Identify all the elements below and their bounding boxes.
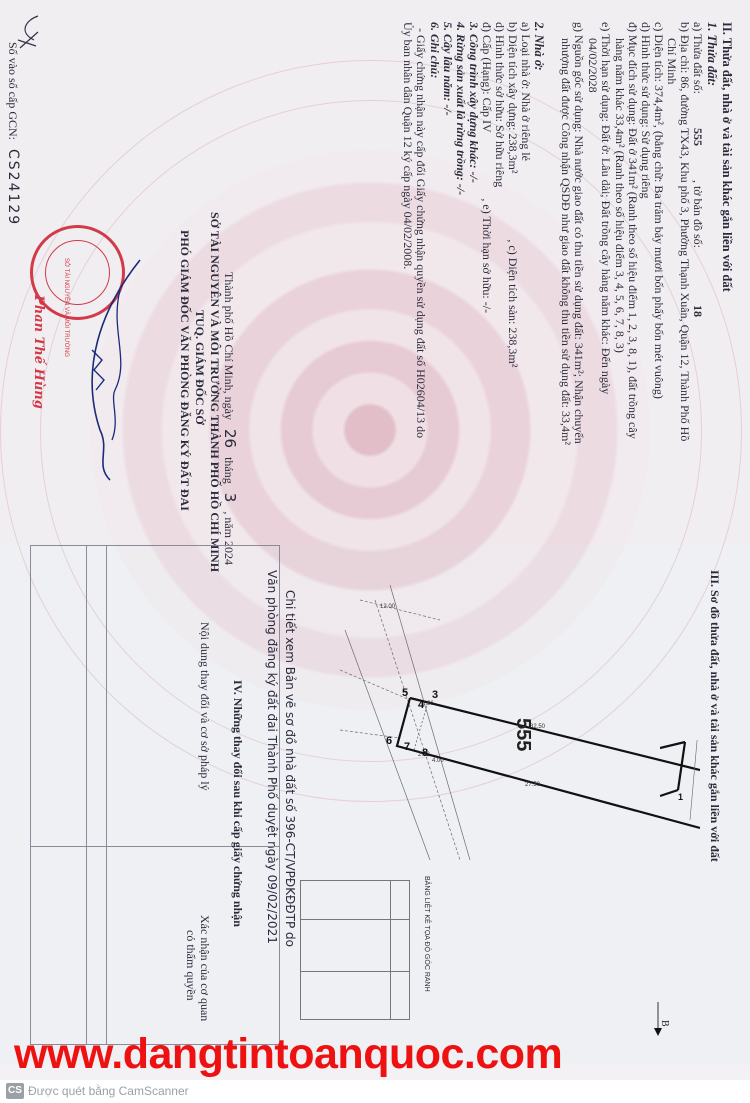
agency-name: SỞ TÀI NGUYÊN VÀ MÔI TRƯỜNG THÀNH PHỐ HỒ…	[207, 212, 222, 572]
registry-number: Số vào sổ cấp GCN: CS24129	[5, 42, 20, 226]
other-works: 3. Công trình xây dựng khác: -/-	[466, 22, 481, 183]
coord-table	[300, 880, 410, 1020]
place-date: Thành phố Hồ Chí Minh, ngày 26 tháng 3 ,…	[221, 272, 237, 565]
notes-line1: - Giấy chứng nhận này cấp đổi Giấy chứng…	[413, 28, 428, 438]
usage-form: d) Hình thức sử dụng: Sử dụng riêng	[638, 22, 653, 199]
north-arrow: B	[640, 1000, 720, 1055]
svg-text:3: 3	[432, 689, 438, 701]
parcel-end-diagram: 2 1	[660, 740, 740, 850]
handwritten-signature	[40, 250, 150, 500]
built-area: b) Diện tích xây dựng: 238,3m² , c) Diện…	[505, 22, 520, 367]
purpose-line2: hàng năm khác 33,4m² (Ranh theo số hiệu …	[612, 38, 627, 353]
website-watermark-banner: www.dangtintoanquoc.com	[14, 1030, 562, 1078]
month-label: tháng	[222, 457, 236, 484]
svg-text:5: 5	[402, 687, 408, 699]
parcel-diagram: 555 32.50 27.50 12.00 2.62 4.00 2.36 5 4…	[340, 560, 700, 860]
registry-label: Số vào sổ cấp GCN:	[6, 42, 20, 140]
date-month: 3	[221, 493, 239, 503]
parcel-row: a) Thửa đất số: 555 , tờ bản đồ số: 18	[690, 22, 705, 371]
changes-col2-header-line1: Xác nhận của cơ quan	[197, 915, 212, 1021]
svg-text:27.50: 27.50	[525, 782, 541, 788]
changes-col1-header: Nội dung thay đổi và cơ sở pháp lý	[197, 622, 212, 791]
ownership-term-value: , e) Thời hạn sở hữu: -/-	[480, 198, 494, 313]
place-date-prefix: Thành phố Hồ Chí Minh, ngày	[222, 272, 236, 420]
svg-text:7: 7	[404, 741, 410, 753]
svg-text:2: 2	[684, 740, 689, 742]
house-grade: đ) Cấp (Hạng): Cấp IV , e) Thời hạn sở h…	[479, 22, 494, 313]
floor-area-value: , c) Diện tích sàn: 238,3m²	[506, 239, 520, 367]
origin-line1: g) Nguồn gốc sử dụng: Nhà nước giao đất …	[571, 22, 586, 444]
changes-col2-header-line2: có thẩm quyền	[183, 930, 198, 1001]
camscanner-caption: Được quét bằng CamScanner	[28, 1084, 189, 1098]
notes-heading: 6. Ghi chú:	[427, 22, 442, 78]
ownership-form: d) Hình thức sở hữu: Sở hữu riêng	[492, 22, 507, 187]
svg-text:8: 8	[422, 747, 428, 759]
svg-text:1: 1	[678, 792, 683, 802]
term-line2: 04/02/2028	[585, 38, 600, 93]
detail-note-line1: Chi tiết xem Bản vẽ sơ đồ nhà đất số 396…	[282, 590, 298, 947]
svg-text:32.50: 32.50	[530, 724, 546, 730]
notes-line2: Ủy ban nhân dân Quận 12 ký cấp ngày 04/0…	[400, 22, 415, 269]
for-director: TUQ. GIÁM ĐỐC SỞ	[192, 310, 207, 425]
perennial-trees: 5. Cây lâu năm: -/-	[440, 22, 455, 116]
area: c) Diện tích: 374,4m², (bằng chữ: Ba tră…	[651, 22, 666, 399]
land-heading: 1. Thửa đất:	[704, 22, 720, 86]
term-line1: e) Thời hạn sử dụng: Đất ở: Lâu dài; Đất…	[598, 22, 613, 394]
origin-line2: nhượng đất được Công nhận QSDĐ như giao …	[558, 38, 573, 445]
signer-title: PHÓ GIÁM ĐỐC VĂN PHÒNG ĐĂNG KÝ ĐẤT ĐAI	[177, 230, 192, 511]
svg-text:12.00: 12.00	[380, 604, 396, 610]
forest: 4. Rừng sản xuất là rừng trồng: -/-	[453, 22, 468, 195]
built-area-value: b) Diện tích xây dựng: 238,3m²	[506, 22, 520, 173]
registry-value: CS24129	[5, 149, 21, 226]
camscanner-logo-icon: CS	[6, 1083, 24, 1099]
parcel-number: 555	[690, 97, 705, 177]
north-label: B	[659, 1020, 670, 1027]
address-line1: b) Địa chỉ: 86, đường TX43, Khu phố 3, P…	[677, 22, 692, 441]
grade-value: đ) Cấp (Hạng): Cấp IV	[480, 22, 494, 132]
map-sheet-label: , tờ bản đồ số:	[691, 180, 705, 248]
svg-text:6: 6	[386, 735, 392, 747]
section-ii-title: II. Thửa đất, nhà ở và tài sản khác gắn …	[719, 22, 735, 292]
parcel-label: a) Thửa đất số:	[691, 22, 705, 94]
address-line2: Chí Minh	[664, 38, 679, 84]
house-type: a) Loại nhà ở: Nhà ở riêng lẻ	[518, 22, 533, 161]
certificate-page: II. Thửa đất, nhà ở và tài sản khác gắn …	[0, 0, 750, 1065]
date-day: 26	[221, 429, 239, 448]
section-iv-title: IV. Những thay đổi sau khi cấp giấy chứn…	[230, 680, 245, 927]
coord-table-title: BẢNG LIỆT KÊ TỌA ĐỘ GÓC RANH	[423, 876, 430, 992]
house-heading: 2. Nhà ở:	[531, 22, 547, 71]
signer-name: Phan Thế Hùng	[31, 295, 46, 409]
purpose-line1: đ) Mục đích sử dụng: Đất ở 341m² (Ranh t…	[625, 22, 640, 439]
svg-text:4.00: 4.00	[432, 758, 444, 764]
svg-text:4: 4	[418, 699, 425, 711]
map-sheet-number: 18	[690, 251, 705, 371]
parcel-number-label: 555	[512, 718, 534, 751]
